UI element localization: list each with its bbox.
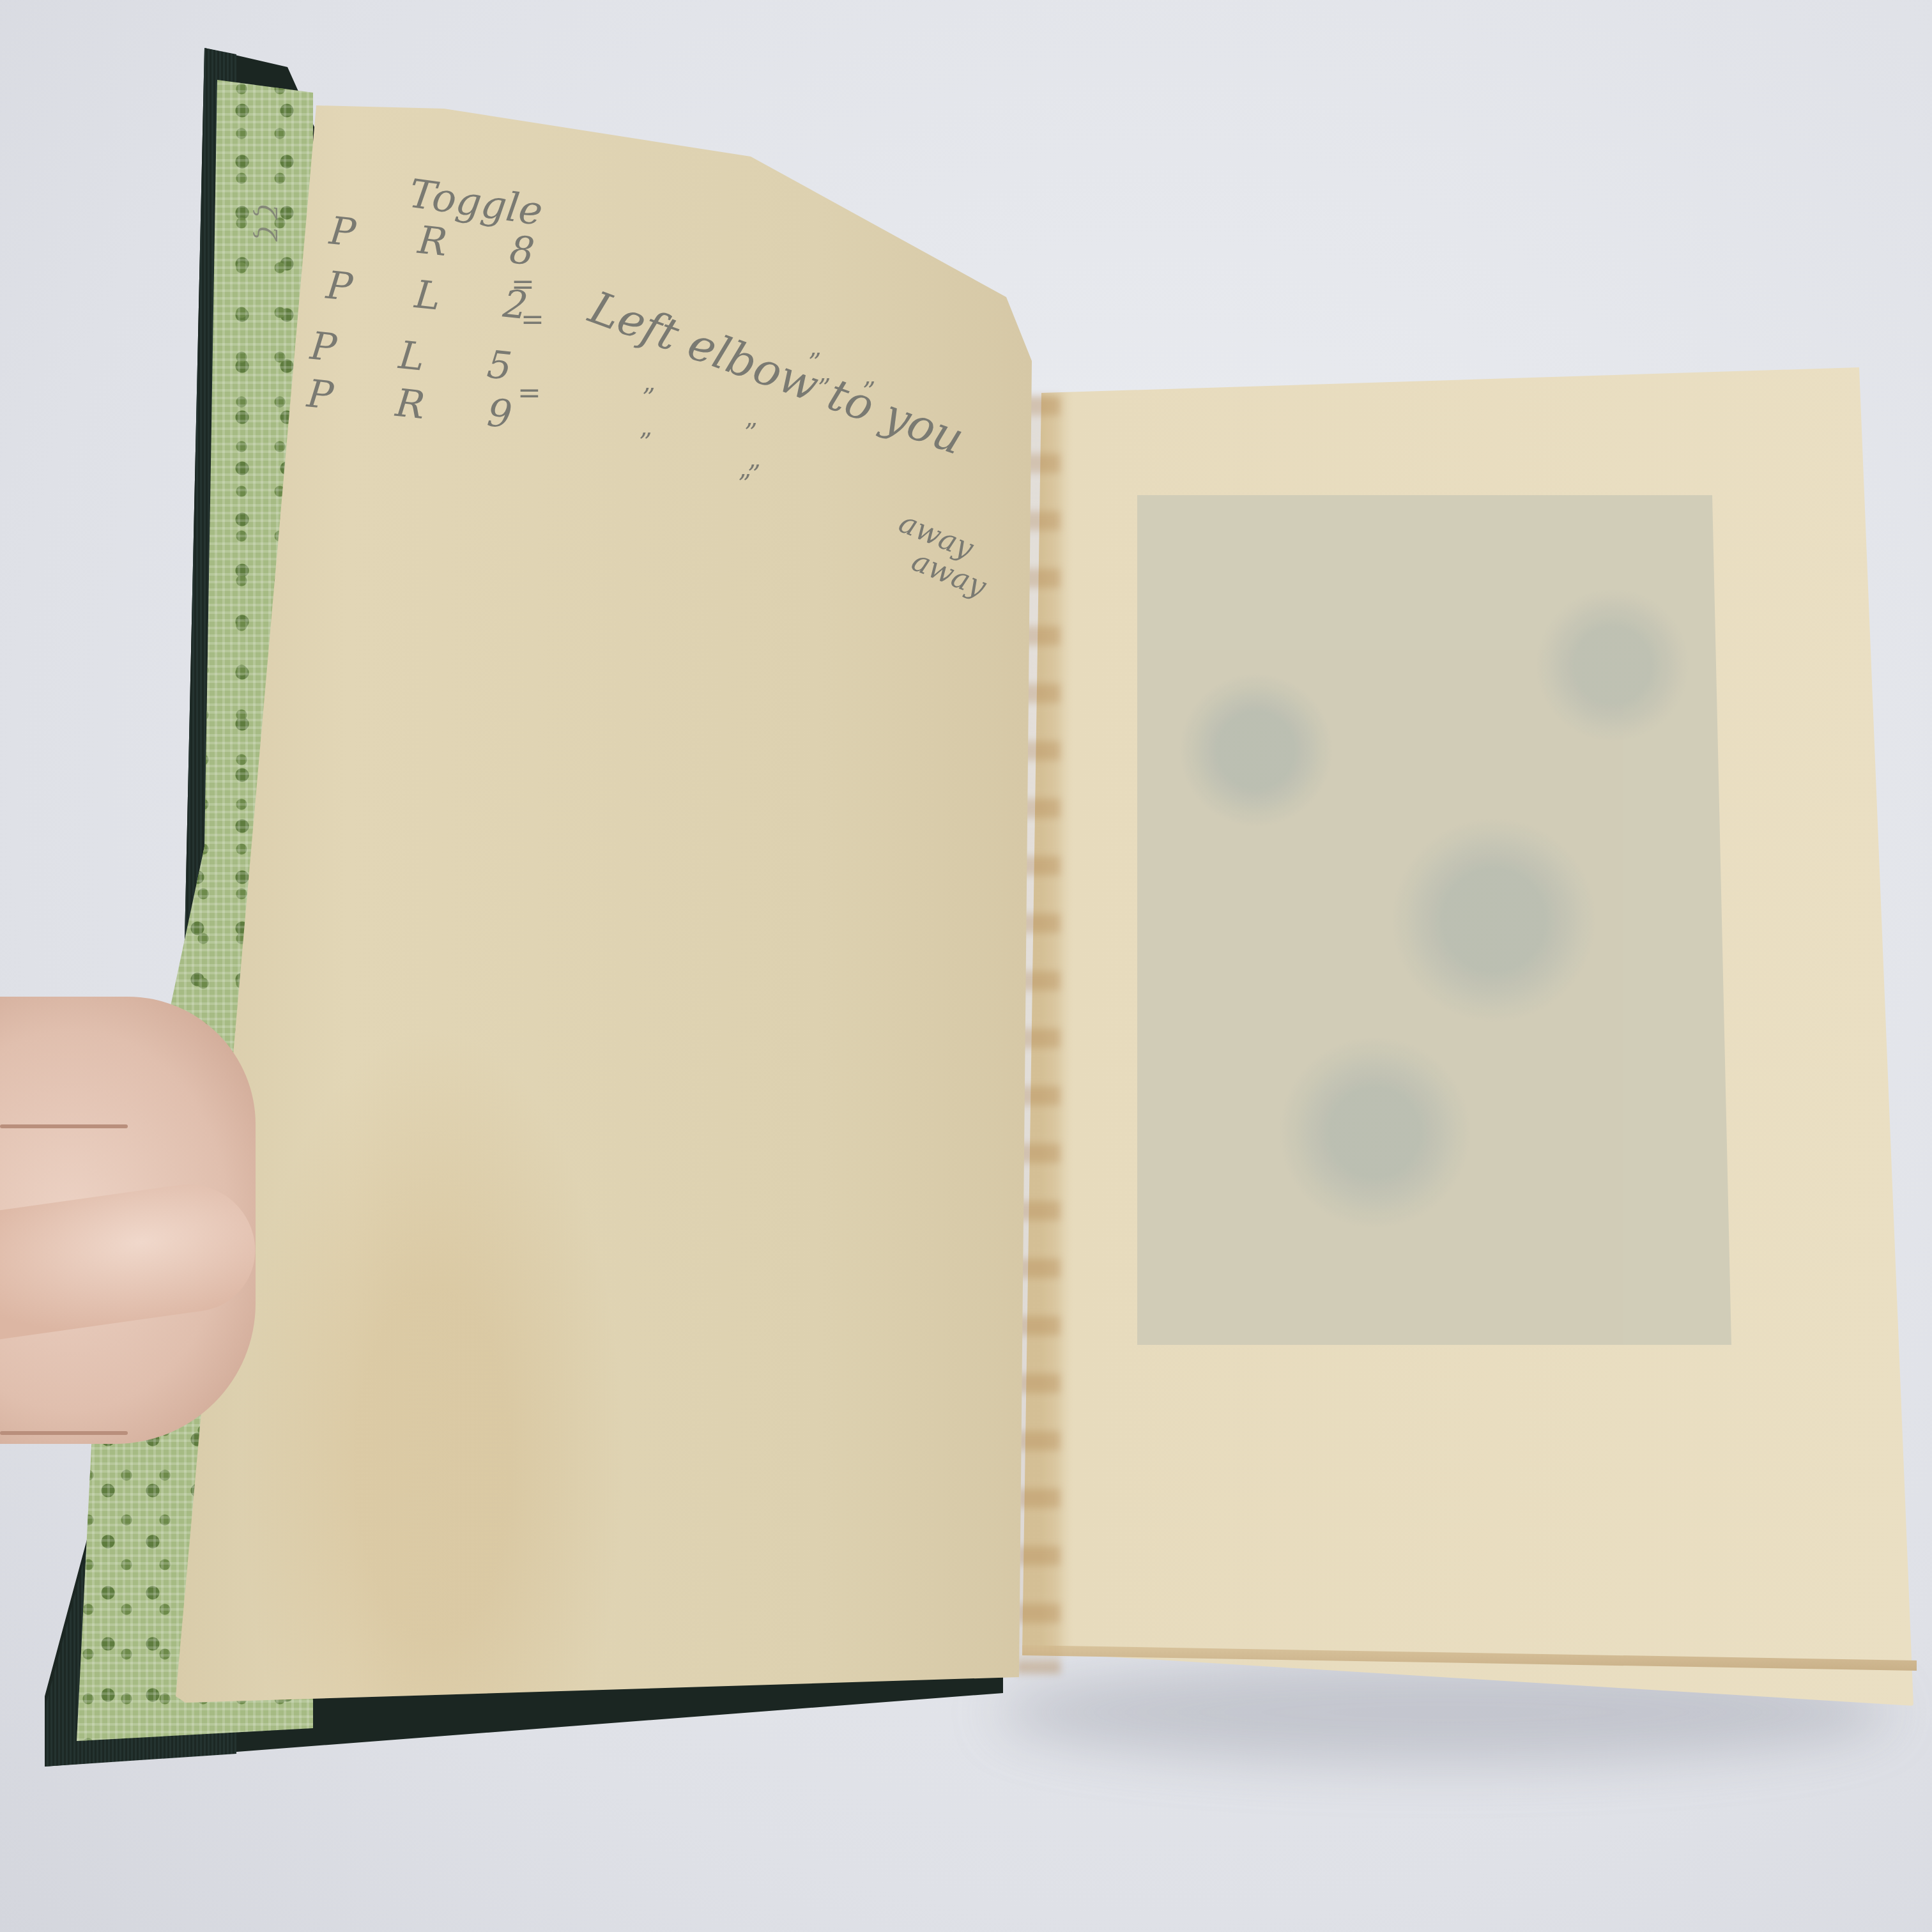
ditto-mark: ” [738,470,751,499]
left-flyleaf-page[interactable] [176,105,1032,1703]
margin-bracket-note: ζ ζ [252,204,281,240]
book-photo-scene: ζ ζ Toggle P R 8 P L 2 P L 5 P R 9 = = =… [0,0,1932,1932]
ditto-mark: ” [862,377,875,406]
equals-sign: = [517,377,541,410]
equals-sign: = [511,268,535,301]
ditto-mark: ” [744,418,757,448]
finger-crease [0,1431,128,1435]
frontispiece-plate [1137,495,1731,1345]
ditto-mark: ” [818,374,831,403]
finger-crease [0,1124,128,1128]
ditto-mark: ” [642,383,655,413]
ditto-mark: ” [639,428,652,457]
equals-sign: = [521,303,544,336]
